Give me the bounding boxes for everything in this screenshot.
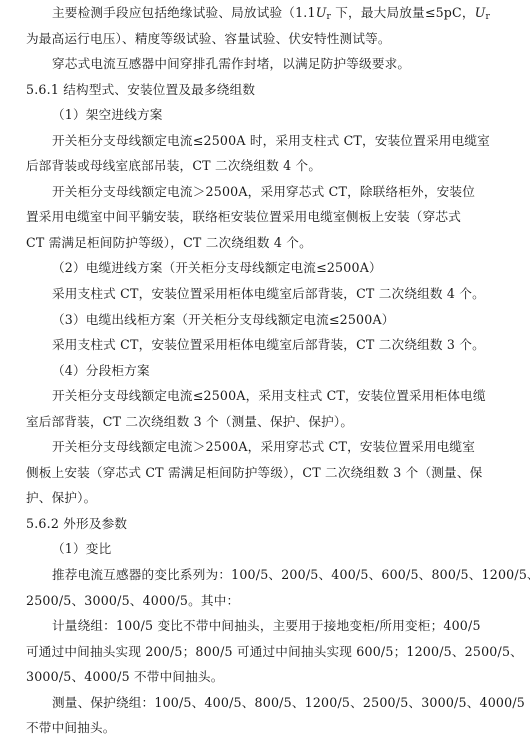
paragraph-line: 穿芯式电流互感器中间穿排孔需作封堵，以满足防护等级要求。 <box>26 51 478 77</box>
paragraph-line: 为最高运行电压）、精度等级试验、容量试验、伏安特性测试等。 <box>26 26 478 52</box>
paragraph-line: 主要检测手段应包括绝缘试验、局放试验（1.1Ur 下，最大局放量≤5pC，Ur <box>26 0 478 26</box>
subheading: （1）变比 <box>26 536 478 562</box>
paragraph-line: 护、保护）。 <box>26 485 478 511</box>
subheading: （4）分段柜方案 <box>26 358 478 384</box>
section-heading-5-6-1: 5.6.1 结构型式、安装位置及最多绕组数 <box>26 77 478 103</box>
section-heading-5-6-2: 5.6.2 外形及参数 <box>26 511 478 537</box>
subheading: （1）架空进线方案 <box>26 102 478 128</box>
paragraph-line: 3000/5、4000/5 不带中间抽头。 <box>26 664 478 690</box>
paragraph-line: 后部背装或母线室底部吊装，CT 二次绕组数 4 个。 <box>26 153 478 179</box>
paragraph-line: 室后部背装，CT 二次绕组数 3 个（测量、保护、保护）。 <box>26 409 478 435</box>
paragraph-line: 采用支柱式 CT，安装位置采用柜体电缆室后部背装，CT 二次绕组数 4 个。 <box>26 281 478 307</box>
paragraph-line: 开关柜分支母线额定电流≤2500A，采用支柱式 CT，安装位置采用柜体电缆 <box>26 383 478 409</box>
symbol-u: U <box>316 5 327 20</box>
paragraph-line: 测量、保护绕组：100/5、400/5、800/5、1200/5、2500/5、… <box>26 690 478 716</box>
paragraph-line: CT 需满足柜间防护等级），CT 二次绕组数 4 个。 <box>26 230 478 256</box>
paragraph-line: 开关柜分支母线额定电流≤2500A 时，采用支柱式 CT，安装位置采用电缆室 <box>26 128 478 154</box>
symbol-u: U <box>475 5 486 20</box>
paragraph-line: 推荐电流互感器的变比系列为：100/5、200/5、400/5、600/5、80… <box>26 562 478 588</box>
text-segment: 主要检测手段应包括绝缘试验、局放试验（1.1 <box>52 5 316 20</box>
text-segment: 下，最大局放量≤5pC， <box>331 5 475 20</box>
paragraph-line: 开关柜分支母线额定电流＞2500A，采用穿芯式 CT，除联络柜外，安装位 <box>26 179 478 205</box>
subscript-r: r <box>486 12 491 22</box>
paragraph-line: 可通过中间抽头实现 200/5；800/5 可通过中间抽头实现 600/5；12… <box>26 639 478 665</box>
paragraph-line: 计量绕组：100/5 变比不带中间抽头，主要用于接地变柜/所用变柜；400/5 <box>26 613 478 639</box>
paragraph-line: 置采用电缆室中间平躺安装，联络柜安装位置采用电缆室侧板上安装（穿芯式 <box>26 204 478 230</box>
document-page: 主要检测手段应包括绝缘试验、局放试验（1.1Ur 下，最大局放量≤5pC，Ur … <box>26 0 478 741</box>
paragraph-line: 不带中间抽头。 <box>26 715 478 741</box>
paragraph-line: 采用支柱式 CT，安装位置采用柜体电缆室后部背装，CT 二次绕组数 3 个。 <box>26 332 478 358</box>
subheading: （3）电缆出线柜方案（开关柜分支母线额定电流≤2500A） <box>26 307 478 333</box>
subheading: （2）电缆进线方案（开关柜分支母线额定电流≤2500A） <box>26 255 478 281</box>
paragraph-line: 开关柜分支母线额定电流＞2500A，采用穿芯式 CT，安装位置采用电缆室 <box>26 434 478 460</box>
paragraph-line: 2500/5、3000/5、4000/5。其中： <box>26 588 478 614</box>
paragraph-line: 侧板上安装（穿芯式 CT 需满足柜间防护等级），CT 二次绕组数 3 个（测量、… <box>26 460 478 486</box>
